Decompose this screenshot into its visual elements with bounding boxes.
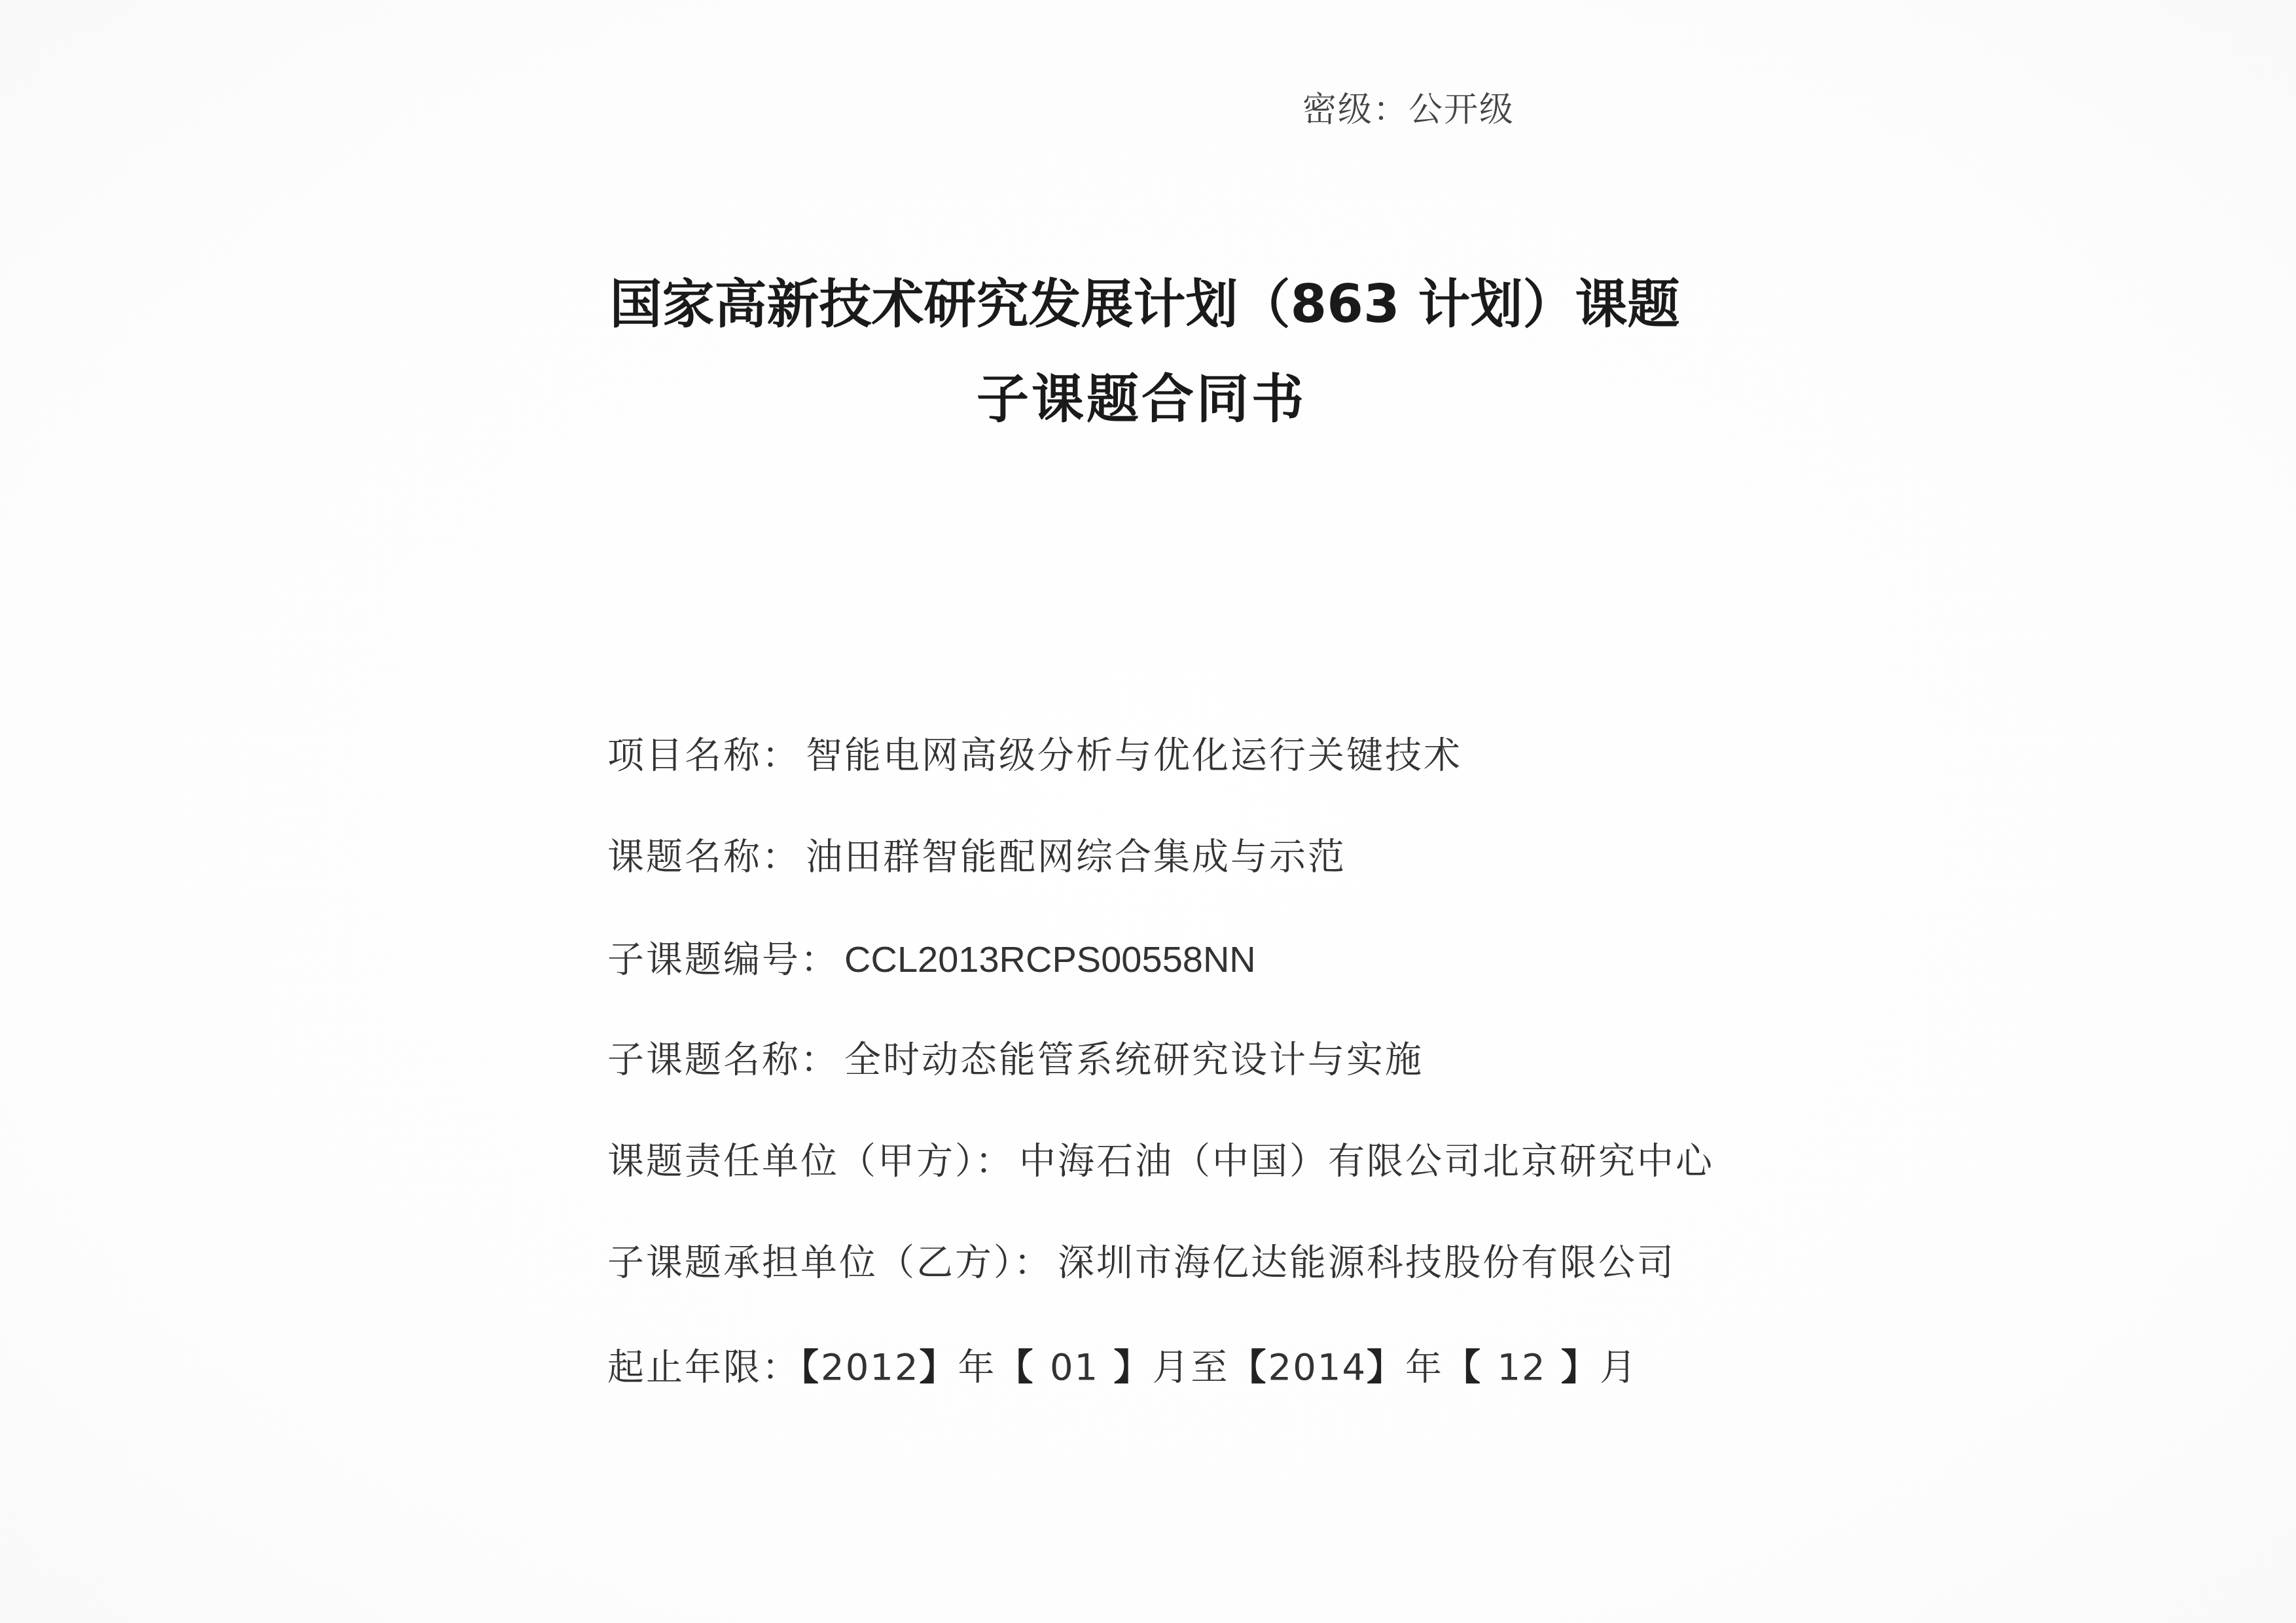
field-label: 课题责任单位（甲方）： xyxy=(607,1140,1014,1183)
classification-label: 密级： xyxy=(1302,90,1408,130)
field-subtopic-name: 子课题名称：全时动态能管系统研究设计与实施 xyxy=(607,1031,1424,1083)
field-value: 中海石油（中国）有限公司北京研究中心 xyxy=(1019,1140,1714,1183)
start-month: 01 xyxy=(1035,1346,1114,1389)
start-year: 2012 xyxy=(821,1346,920,1389)
document-title-line2: 子课题合同书 xyxy=(0,357,2289,432)
field-value: 智能电网高级分析与优化运行关键技术 xyxy=(806,734,1462,777)
close-bracket: 】 xyxy=(1367,1346,1405,1389)
field-topic-name: 课题名称：油田群智能配网综合集成与示范 xyxy=(607,828,1346,880)
field-value: 全时动态能管系统研究设计与实施 xyxy=(844,1039,1424,1081)
field-label: 子课题承担单位（乙方）： xyxy=(607,1241,1052,1284)
open-bracket: 【 xyxy=(1444,1346,1482,1389)
close-bracket: 】 xyxy=(920,1346,958,1389)
close-bracket: 】 xyxy=(1561,1346,1600,1389)
end-month: 12 xyxy=(1482,1346,1561,1389)
period-label: 起止年限： xyxy=(607,1346,800,1389)
classification-value: 公开级 xyxy=(1408,90,1515,130)
field-project-name: 项目名称：智能电网高级分析与优化运行关键技术 xyxy=(607,726,1462,779)
field-value: CCL2013RCPS00558NN xyxy=(844,938,1256,980)
field-party-b: 子课题承担单位（乙方）：深圳市海亿达能源科技股份有限公司 xyxy=(607,1234,1676,1286)
end-year: 2014 xyxy=(1268,1346,1367,1389)
field-value: 油田群智能配网综合集成与示范 xyxy=(806,836,1346,878)
month-unit: 月 xyxy=(1600,1346,1638,1389)
field-party-a: 课题责任单位（甲方）：中海石油（中国）有限公司北京研究中心 xyxy=(607,1132,1714,1185)
field-label: 子课题名称： xyxy=(607,1039,839,1081)
open-bracket: 【 xyxy=(800,1346,821,1389)
field-subtopic-number: 子课题编号：CCL2013RCPS00558NN xyxy=(607,931,1256,983)
year-unit: 年 xyxy=(1405,1346,1444,1389)
field-label: 子课题编号： xyxy=(607,938,839,981)
classification-line: 密级：公开级 xyxy=(1302,82,1515,131)
field-label: 项目名称： xyxy=(607,734,800,777)
close-bracket: 】 xyxy=(1114,1346,1153,1389)
to-text: 至 xyxy=(1191,1346,1230,1389)
open-bracket: 【 xyxy=(997,1346,1035,1389)
open-bracket: 【 xyxy=(1230,1346,1268,1389)
document-title-line1: 国家高新技术研究发展计划（863 计划）课题 xyxy=(0,262,2293,337)
field-label: 课题名称： xyxy=(607,836,800,878)
year-unit: 年 xyxy=(958,1346,997,1389)
field-value: 深圳市海亿达能源科技股份有限公司 xyxy=(1058,1241,1676,1284)
field-period: 起止年限：【2012】年【01】月至【2014】年【12】月 xyxy=(607,1338,1638,1391)
month-unit: 月 xyxy=(1153,1346,1191,1389)
document-page: 密级：公开级 国家高新技术研究发展计划（863 计划）课题 子课题合同书 项目名… xyxy=(0,0,2296,1623)
